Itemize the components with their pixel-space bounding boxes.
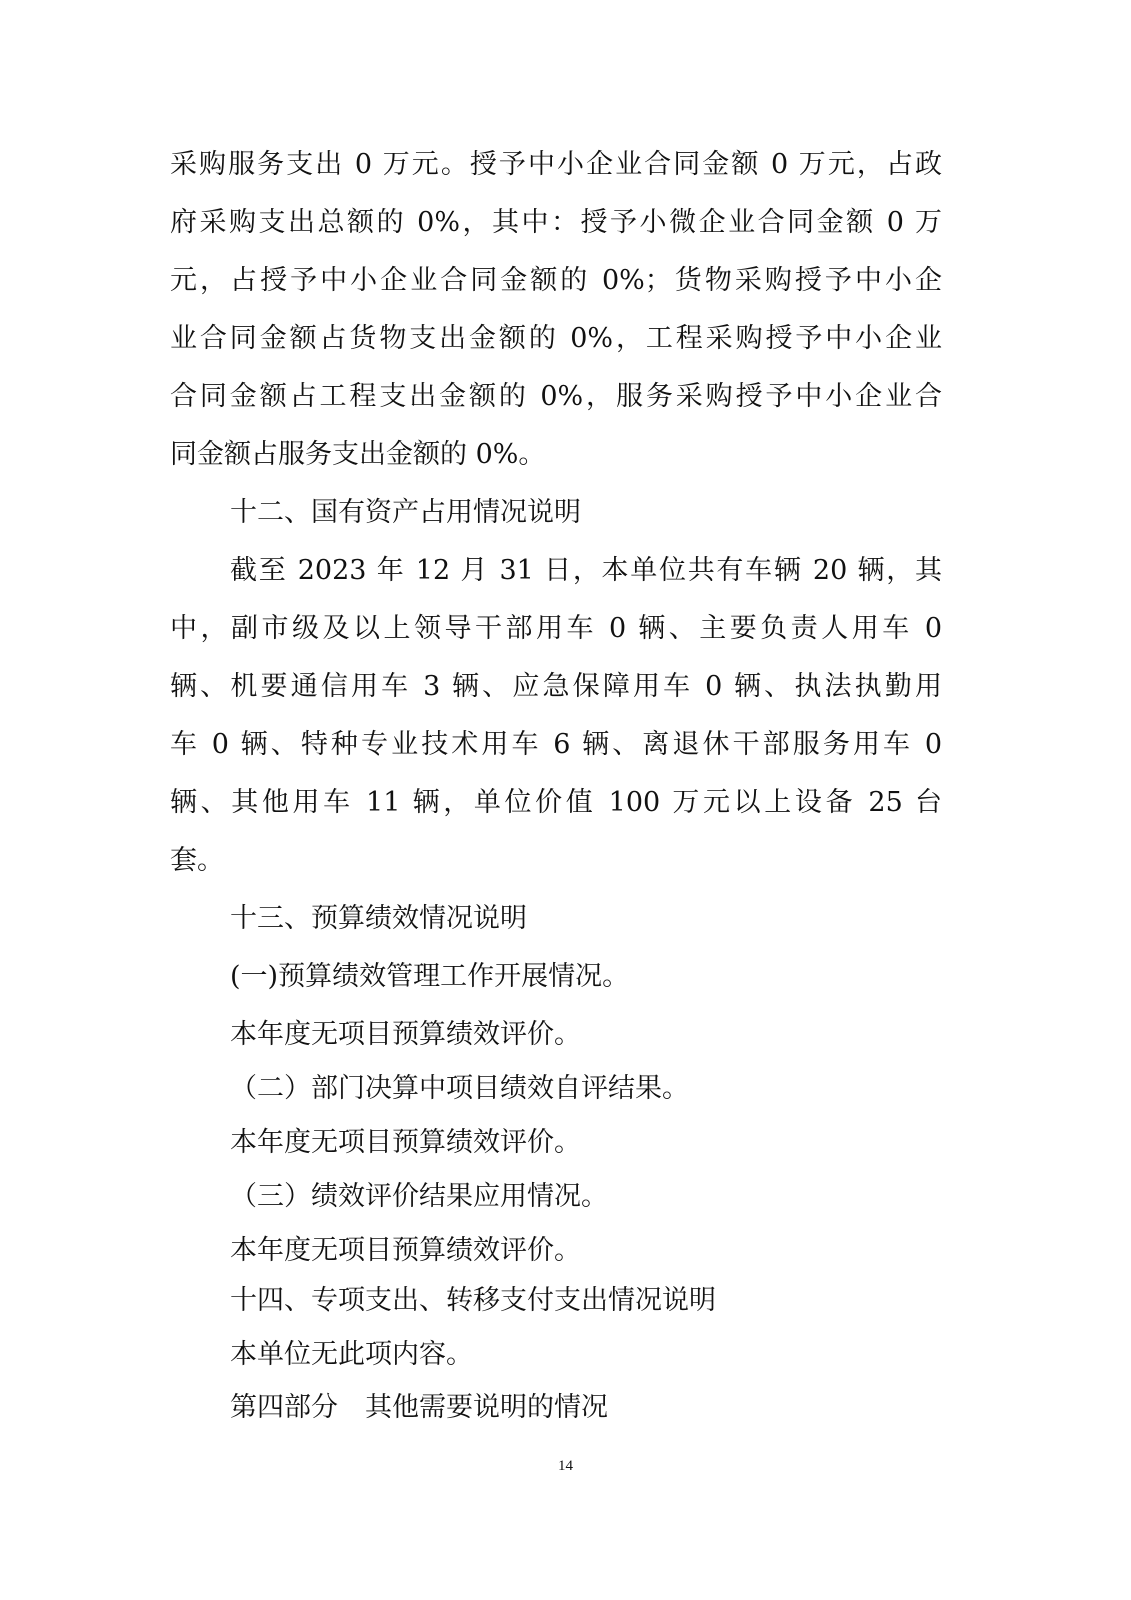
part-heading-4: 第四部分 其他需要说明的情况 — [230, 1388, 608, 1428]
section-heading-12: 十二、国有资产占用情况说明 — [230, 493, 581, 533]
subsection-body: 本年度无项目预算绩效评价。 — [230, 1123, 581, 1163]
paragraph-line: 采购服务支出 0 万元。授予中小企业合同金额 0 万元，占政 — [170, 145, 942, 185]
paragraph-line: 辆、其他用车 11 辆，单位价值 100 万元以上设备 25 台 — [170, 783, 942, 823]
subsection-title: (一)预算绩效管理工作开展情况。 — [230, 957, 629, 997]
section-heading-14: 十四、专项支出、转移支付支出情况说明 — [230, 1281, 716, 1321]
page-number: 14 — [0, 1458, 1131, 1475]
paragraph-line: 合同金额占工程支出金额的 0%，服务采购授予中小企业合 — [170, 377, 942, 417]
paragraph-line: 套。 — [170, 841, 942, 881]
paragraph-line: 元，占授予中小企业合同金额的 0%；货物采购授予中小企 — [170, 261, 942, 301]
paragraph-line: 业合同金额占货物支出金额的 0%，工程采购授予中小企业 — [170, 319, 942, 359]
subsection-title: （二）部门决算中项目绩效自评结果。 — [230, 1069, 689, 1109]
paragraph-line: 辆、机要通信用车 3 辆、应急保障用车 0 辆、执法执勤用 — [170, 667, 942, 707]
subsection-body: 本年度无项目预算绩效评价。 — [230, 1231, 581, 1271]
paragraph-line: 车 0 辆、特种专业技术用车 6 辆、离退休干部服务用车 0 — [170, 725, 942, 765]
subsection-body: 本年度无项目预算绩效评价。 — [230, 1015, 581, 1055]
section-body: 本单位无此项内容。 — [230, 1335, 473, 1375]
paragraph-line: 中，副市级及以上领导干部用车 0 辆、主要负责人用车 0 — [170, 609, 942, 649]
paragraph-line: 府采购支出总额的 0%，其中：授予小微企业合同金额 0 万 — [170, 203, 942, 243]
paragraph-line: 截至 2023 年 12 月 31 日，本单位共有车辆 20 辆，其 — [230, 551, 942, 591]
subsection-title: （三）绩效评价结果应用情况。 — [230, 1177, 608, 1217]
paragraph-line: 同金额占服务支出金额的 0%。 — [170, 435, 942, 475]
section-heading-13: 十三、预算绩效情况说明 — [230, 899, 527, 939]
